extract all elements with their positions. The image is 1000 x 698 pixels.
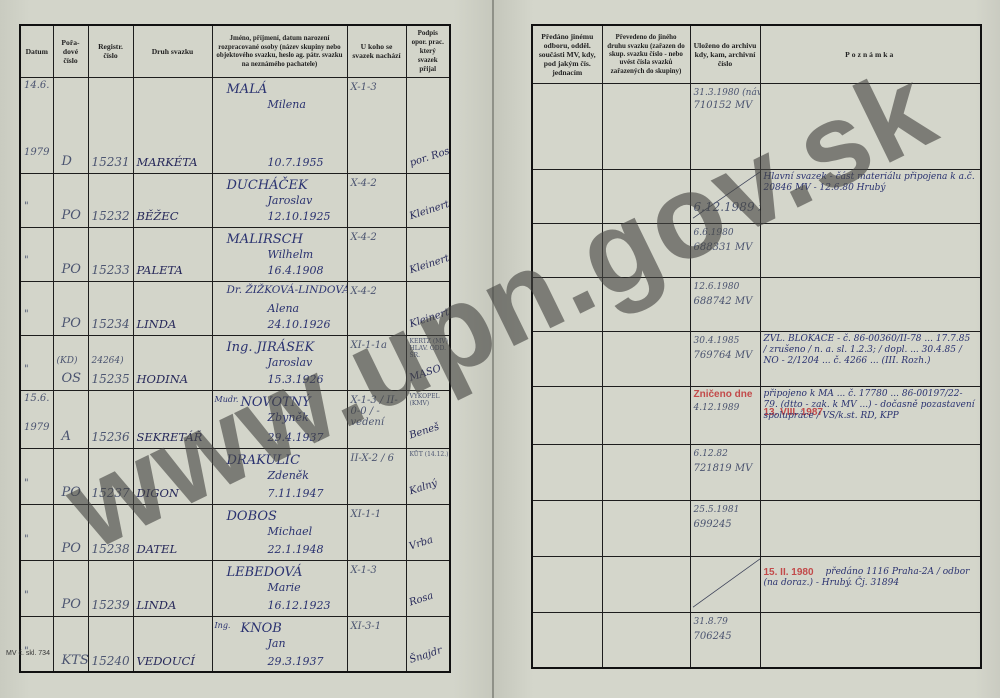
entry-date-year: " [24, 478, 29, 489]
archive-date: 31.3.1980 (návrh potvrzen) [694, 88, 761, 98]
handed-over-cell [533, 224, 602, 276]
file-location: X-4-2 [351, 232, 407, 243]
register-row: " KTS 15240 VEDOUCÍ Ing. KNOB Jan 29.3.1… [20, 616, 450, 672]
register-row: 25.5.1981 699245 [532, 500, 981, 556]
officer-signature: MASO [408, 363, 442, 384]
note-text: předáno 1116 Praha-2A / odbor (na doraz.… [764, 567, 976, 589]
order-code: KTS [62, 653, 89, 668]
person-birth-date: 12.10.1925 [268, 210, 331, 223]
register-row: 15. II. 1980 předáno 1116 Praha-2A / odb… [532, 556, 981, 612]
file-location: X-1-3 / II-0-0 / -vedení [351, 395, 407, 428]
register-row: 30.4.1985 769764 MV ZVL. BLOKACE - č. 86… [532, 331, 981, 386]
register-row: " PO 15239 LINDA LEBEDOVÁ Marie 16.12.19… [20, 560, 450, 616]
archive-number: 710152 MV [694, 100, 753, 111]
person-surname: DUCHÁČEK [227, 178, 308, 193]
entry-date-day: 15.6. [24, 393, 49, 404]
book-gutter [492, 0, 494, 698]
archive-number: 688331 MV [694, 242, 753, 253]
register-row: 12.6.1980 688742 MV [532, 277, 981, 331]
person-surname: DRAKULIC [227, 453, 301, 468]
register-row: 31.3.1980 (návrh potvrzen) 710152 MV [532, 83, 981, 169]
register-row: 15.6. 1979 A 15236 SEKRETÁŘ Mudr. NOVOTN… [20, 390, 450, 448]
file-codename: PALETA [137, 263, 183, 277]
header-note: Poznámka [760, 25, 981, 83]
archive-date: 6.12.82 [694, 449, 728, 459]
person-birth-date: 24.10.1926 [268, 318, 331, 331]
person-birth-date: 15.3.1926 [268, 373, 324, 386]
person-first-name: Zdeněk [268, 469, 309, 482]
order-code: PO [62, 597, 81, 612]
file-codename: HODINA [137, 372, 189, 386]
header-transferred: Převedeno do jiného druhu svazku (zařaze… [602, 25, 690, 83]
file-codename: SEKRETÁŘ [137, 430, 203, 444]
transferred-cell [603, 501, 690, 555]
handed-over-cell [533, 501, 602, 555]
register-row: " PO 15237 DIGON DRAKULIC Zdeněk 7.11.19… [20, 448, 450, 504]
signature-note: VYKOPEL (KMV) [410, 393, 451, 407]
registration-number: 15233 [92, 263, 130, 277]
registration-number: 15240 [92, 654, 130, 668]
person-birth-date: 29.4.1937 [268, 431, 324, 444]
destroyed-stamp: Zničeno dne [694, 389, 753, 400]
archive-number: 769764 MV [694, 350, 753, 361]
order-prefix: (KD) [57, 356, 78, 366]
file-location: X-4-2 [351, 286, 407, 297]
person-first-name: Zbyněk [268, 411, 309, 424]
person-birth-date: 16.12.1923 [268, 599, 331, 612]
handed-over-cell [533, 445, 602, 499]
file-codename: DATEL [137, 542, 178, 556]
person-surname: MALÁ [227, 82, 268, 97]
left-register-table: Datum Pořa-dové číslo Registr. číslo Dru… [19, 24, 451, 673]
right-register-table: Předáno jinému odboru, odděl. součásti M… [531, 24, 982, 669]
entry-date-year: " [24, 309, 29, 320]
form-number: MV č. skl. 734 [6, 650, 50, 657]
person-surname: LEBEDOVÁ [227, 565, 303, 580]
person-surname: DOBOS [227, 509, 277, 524]
header-location: U koho se svazek nachází [347, 25, 406, 77]
handed-over-cell [533, 613, 602, 667]
file-location: XI-3-1 [351, 621, 407, 632]
officer-signature: Kleinert [408, 198, 450, 221]
person-birth-date: 7.11.1947 [268, 487, 324, 500]
registration-number: 15232 [92, 209, 130, 223]
handed-over-cell [533, 387, 602, 443]
registration-prefix: 24264) [92, 356, 124, 366]
archive-date: 30.4.1985 [694, 336, 740, 346]
registration-number: 15236 [92, 430, 130, 444]
handed-over-cell [533, 84, 602, 168]
registration-number: 15239 [92, 598, 130, 612]
file-codename: VEDOUCÍ [137, 654, 195, 668]
handed-over-cell [533, 170, 602, 222]
registration-number: 15237 [92, 486, 130, 500]
archive-number: 688742 MV [694, 296, 753, 307]
archive-date: 6.12.1989 zničeno [694, 200, 761, 214]
register-row: " (KD) OS 24264) 15235 HODINA Ing. JIRÁS… [20, 335, 450, 390]
entry-date-year: 1979 [24, 422, 49, 433]
title-prefix: Ing. [215, 621, 231, 630]
order-code: OS [62, 371, 82, 386]
header-handed-over: Předáno jinému odboru, odděl. součásti M… [532, 25, 602, 83]
entry-date-year: " [24, 534, 29, 545]
person-birth-date: 29.3.1937 [268, 655, 324, 668]
officer-signature: Vrba [407, 534, 434, 552]
header-archived: Uloženo do archivu kdy, kam, archivní čí… [690, 25, 760, 83]
file-location: X-1-3 [351, 565, 407, 576]
transferred-cell [603, 224, 690, 276]
file-location: XI-1-1a [351, 340, 407, 351]
register-row: " PO 15238 DATEL DOBOS Michael 22.1.1948… [20, 504, 450, 560]
officer-signature: Kleinert [408, 306, 450, 329]
register-row: 6.12.1989 zničeno Hlavní svazek - část m… [532, 169, 981, 223]
note-text: ZVL. BLOKACE - č. 86-00360/II-78 ... 17.… [764, 334, 976, 367]
file-location: XI-1-1 [351, 509, 407, 520]
person-first-name: Jan [268, 637, 286, 650]
note-text: připojeno k MA ... č. 17780 ... 86-00197… [764, 389, 976, 422]
order-code: PO [62, 208, 81, 223]
file-codename: BĚŽEC [137, 209, 179, 223]
handed-over-cell [533, 278, 602, 330]
person-first-name: Alena [268, 302, 300, 315]
header-person-name: Jméno, příjmení, datum narození rozpraco… [212, 25, 347, 77]
registration-number: 15235 [92, 372, 130, 386]
archive-date: 4.12.1989 [694, 403, 740, 413]
person-surname: Ing. JIRÁSEK [227, 340, 315, 355]
entry-date-day: 14.6. [24, 80, 49, 91]
officer-signature: Beneš [408, 421, 441, 441]
handed-over-cell [533, 332, 602, 385]
transferred-cell [603, 387, 690, 443]
person-birth-date: 16.4.1908 [268, 264, 324, 277]
file-location: X-1-3 [351, 82, 407, 93]
file-codename: LINDA [137, 598, 177, 612]
order-code: PO [62, 316, 81, 331]
strike-diagonal [691, 557, 760, 611]
person-birth-date: 10.7.1955 [268, 156, 324, 169]
transferred-cell [603, 170, 690, 222]
archive-date: 6.6.1980 [694, 228, 734, 238]
order-code: PO [62, 541, 81, 556]
officer-signature: Kalný [408, 477, 439, 496]
header-officer-signature: Podpis opor. prac. který svazek přijal [406, 25, 450, 77]
handed-over-cell [533, 557, 602, 611]
order-code: PO [62, 485, 81, 500]
person-first-name: Jaroslav [268, 194, 313, 207]
archive-number: 706245 [694, 631, 732, 642]
register-row: 6.6.1980 688331 MV [532, 223, 981, 277]
transferred-cell [603, 84, 690, 168]
transferred-cell [603, 445, 690, 499]
note-text: Hlavní svazek - část materiálu připojena… [764, 172, 976, 194]
archive-date: 31.8.79 [694, 617, 728, 627]
register-row: 31.8.79 706245 [532, 612, 981, 668]
signature-note: KŮT (14.12.) [410, 451, 451, 458]
entry-date-year: " [24, 590, 29, 601]
person-first-name: Jaroslav [268, 356, 313, 369]
file-codename: DIGON [137, 486, 179, 500]
archive-date: 25.5.1981 [694, 505, 740, 515]
person-first-name: Wilhelm [268, 248, 314, 261]
officer-signature: Šnajdr [408, 645, 443, 666]
registration-number: 15238 [92, 542, 130, 556]
register-row: " PO 15232 BĚŽEC DUCHÁČEK Jaroslav 12.10… [20, 173, 450, 227]
registration-number: 15234 [92, 317, 130, 331]
order-code: A [62, 429, 71, 444]
archive-number: 699245 [694, 519, 732, 530]
file-location: X-4-2 [351, 178, 407, 189]
title-prefix: Mudr. [215, 395, 239, 404]
archive-date: 12.6.1980 [694, 282, 740, 292]
archive-number: 721819 MV [694, 463, 753, 474]
register-row: 6.12.82 721819 MV [532, 444, 981, 500]
file-codename: MARKÉTA [137, 155, 198, 169]
person-first-name: Marie [268, 581, 301, 594]
strike-diagonal [691, 170, 760, 222]
signature-note: KERTZ (MV) HLAV. ODD. ŠR. [410, 338, 451, 359]
entry-date-year: " [24, 364, 29, 375]
person-surname: NOVOTNÝ [241, 395, 311, 410]
register-row: Zničeno dne 4.12.1989 13. VIII. 1987 při… [532, 386, 981, 444]
register-row: " PO 15234 LINDA Dr. ŽIŽKOVÁ-LINDOVÁ Ale… [20, 281, 450, 335]
transferred-cell [603, 332, 690, 385]
person-birth-date: 22.1.1948 [268, 543, 324, 556]
header-order-number: Pořa-dové číslo [53, 25, 88, 77]
person-first-name: Michael [268, 525, 313, 538]
entry-date-year: " [24, 255, 29, 266]
order-code: PO [62, 262, 81, 277]
header-registration-number: Registr. číslo [88, 25, 133, 77]
officer-signature: Rosa [407, 590, 434, 608]
officer-signature: Kleinert [408, 252, 450, 275]
register-row: 14.6. 1979 D 15231 MARKÉTA MALÁ Milena 1… [20, 77, 450, 173]
file-location: II-X-2 / 6 [351, 453, 407, 464]
person-surname: Dr. ŽIŽKOVÁ-LINDOVÁ [227, 284, 348, 296]
transferred-cell [603, 613, 690, 667]
person-surname: KNOB [241, 621, 282, 636]
file-codename: LINDA [137, 317, 177, 331]
transferred-cell [603, 278, 690, 330]
transferred-cell [603, 557, 690, 611]
header-file-type: Druh svazku [133, 25, 212, 77]
header-date: Datum [20, 25, 53, 77]
person-surname: MALIRSCH [227, 232, 303, 247]
officer-signature: por. Rosa [408, 143, 450, 168]
person-first-name: Milena [268, 98, 306, 111]
entry-date-year: " [24, 201, 29, 212]
order-code: D [62, 154, 72, 169]
register-row: " PO 15233 PALETA MALIRSCH Wilhelm 16.4.… [20, 227, 450, 281]
entry-date-year: 1979 [24, 147, 49, 158]
registration-number: 15231 [92, 155, 130, 169]
